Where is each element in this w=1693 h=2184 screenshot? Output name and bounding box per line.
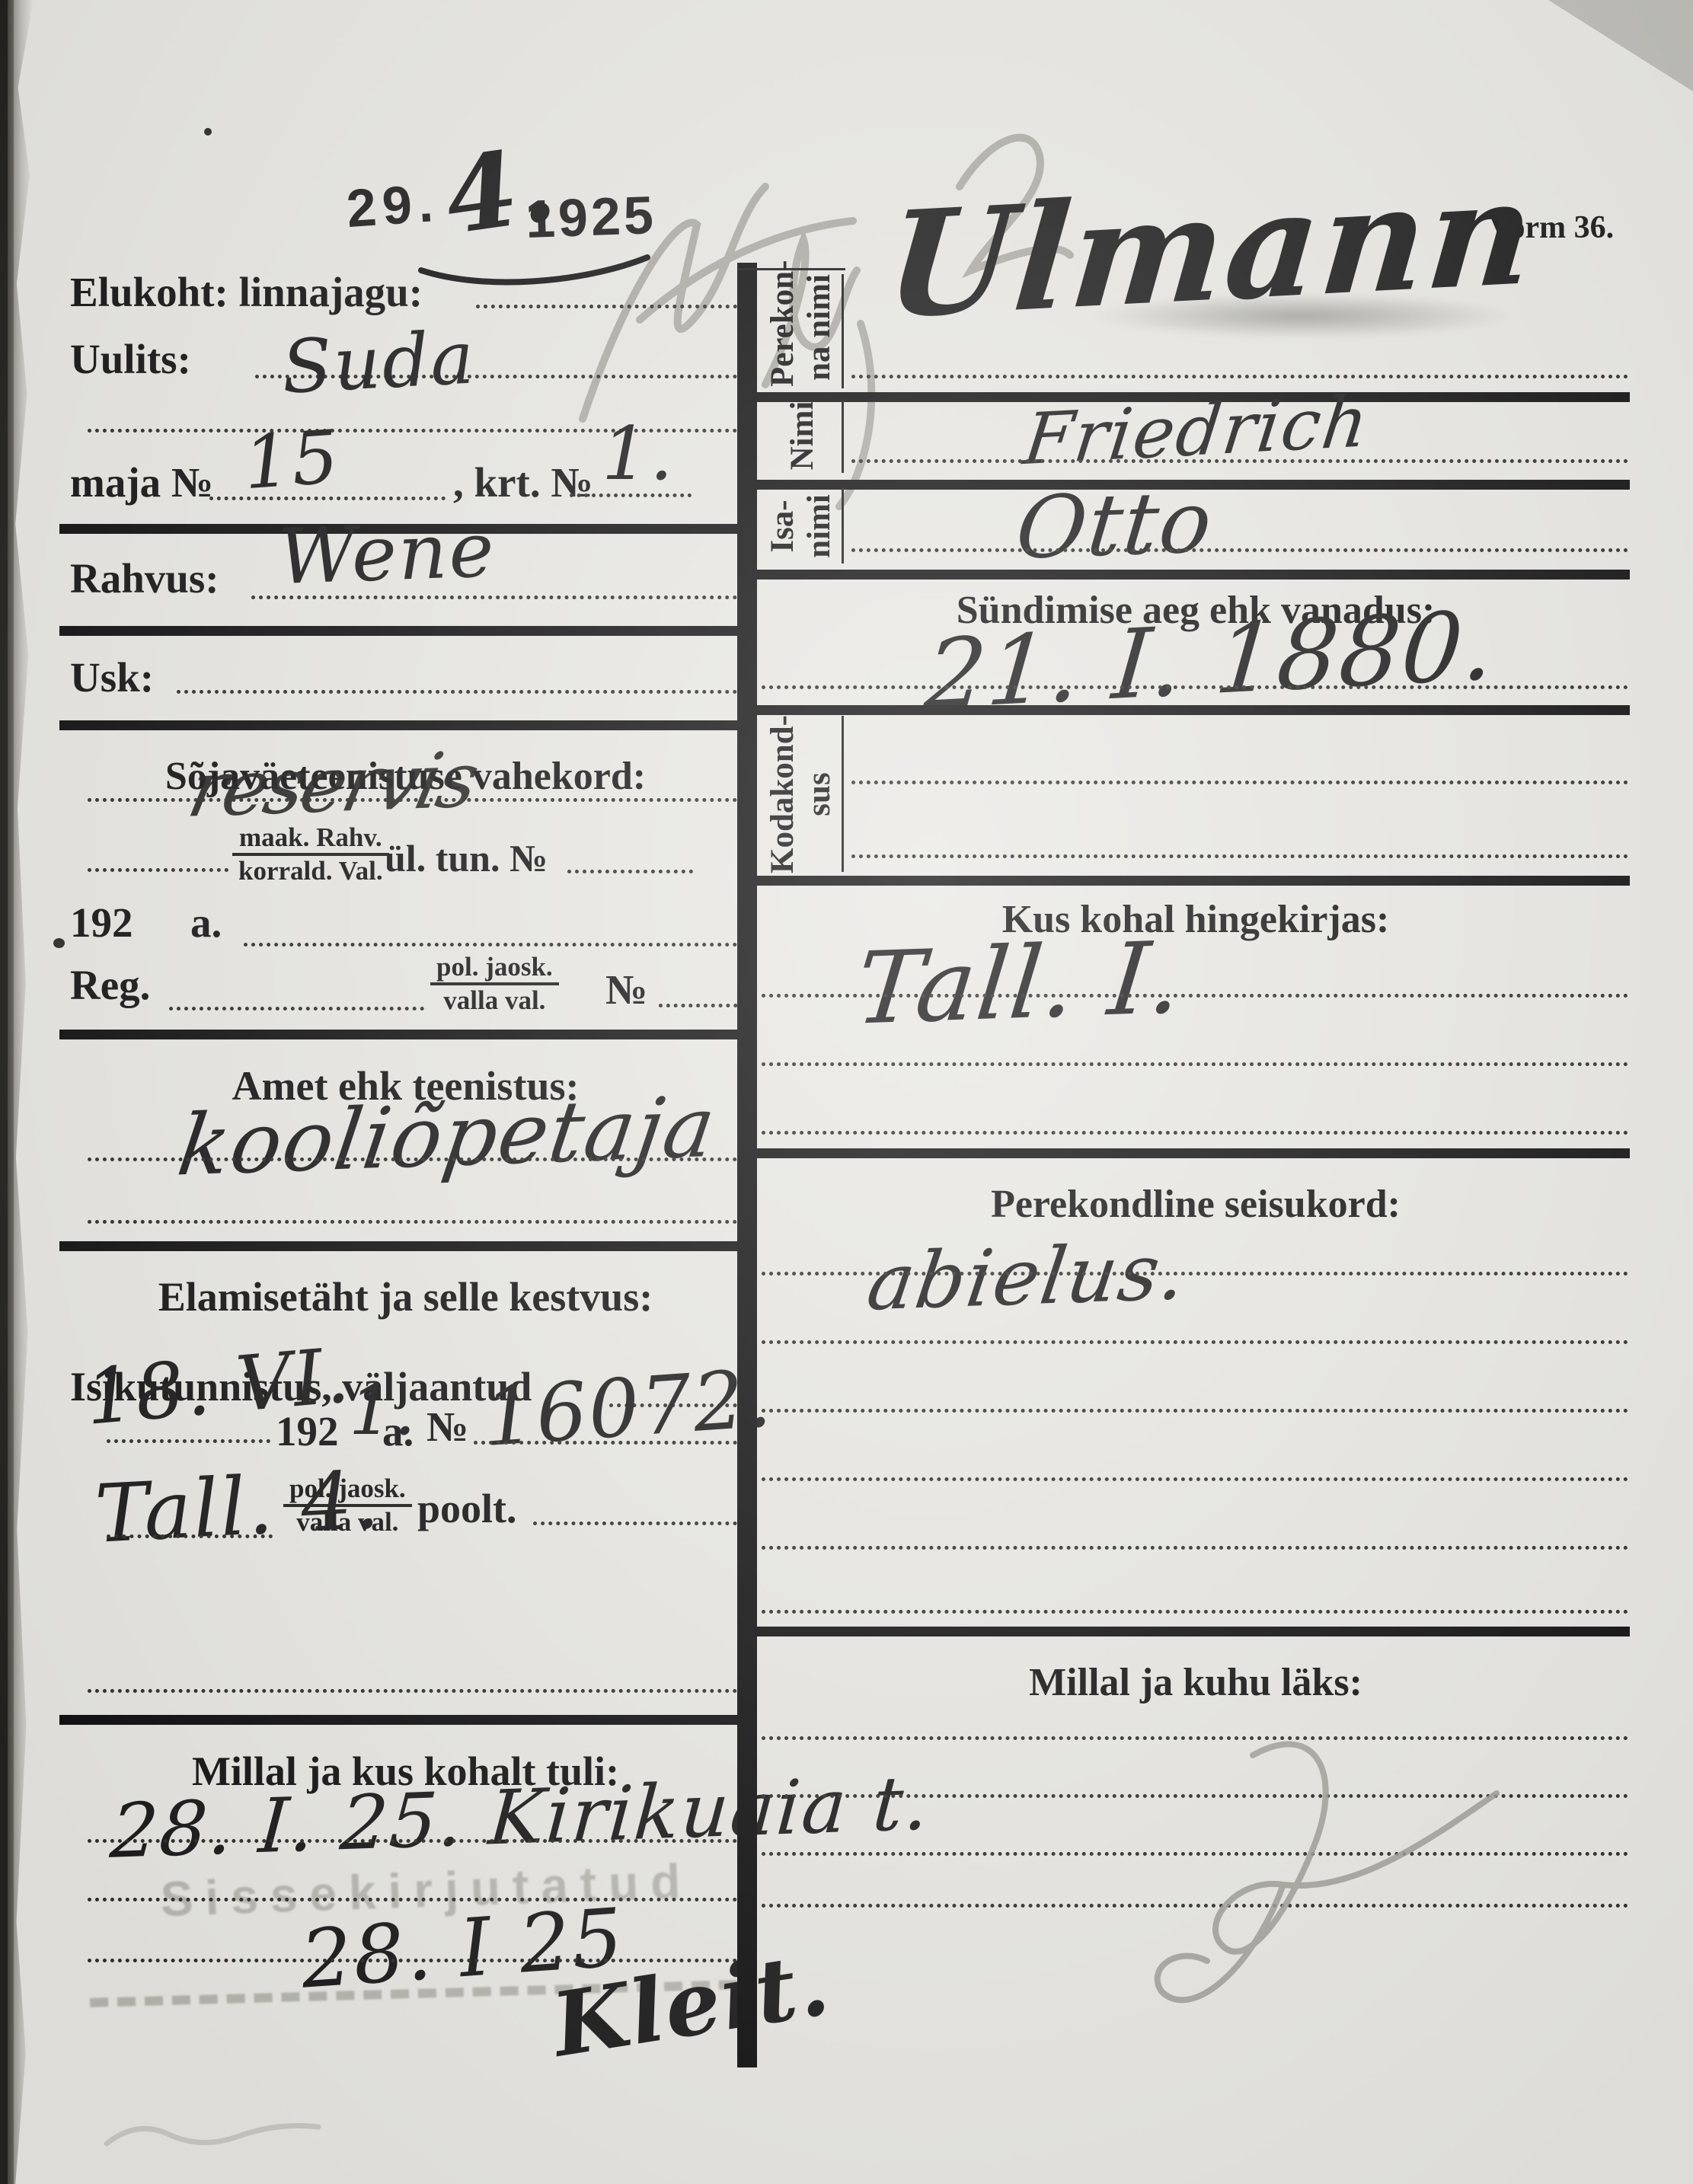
- perekonnanimi-value: Ulmann: [880, 146, 1542, 351]
- krt-value: 1.: [602, 411, 675, 497]
- rahvus-value: Wene: [276, 505, 497, 602]
- section-rule: [59, 720, 756, 730]
- label-cell-rule: [842, 274, 844, 388]
- dotted-line: [169, 1007, 424, 1011]
- perekonnanimi-label-line1: Perekon-: [765, 268, 801, 387]
- pencil-scribble-bottom-left: [99, 2102, 343, 2170]
- dotted-line: [177, 690, 752, 694]
- pol-jaosk-bottom: valla val.: [283, 1507, 412, 1537]
- kodakondsus-label: Kodakond- sus: [765, 714, 838, 874]
- dotted-line: [762, 1477, 1628, 1481]
- dotted-line: [762, 1272, 1628, 1276]
- dotted-line: [88, 1898, 752, 1901]
- pol-jaosk-top: pol. jaosk.: [430, 952, 559, 985]
- date-stamp-day: 29.: [344, 172, 441, 239]
- section-rule: [737, 1627, 1630, 1636]
- dotted-line: [88, 1220, 752, 1224]
- perekondline-value: abielus.: [862, 1226, 1193, 1328]
- isik-a-label: a.: [382, 1407, 414, 1455]
- laks-header: Millal ja kuhu läks:: [784, 1660, 1607, 1705]
- dotted-line: [107, 1534, 273, 1538]
- year-a-label: a.: [190, 899, 222, 947]
- isik-no-value: 16072.: [481, 1352, 775, 1464]
- dotted-line: [88, 798, 752, 802]
- dotted-line: [762, 994, 1628, 998]
- section-rule: [737, 705, 1630, 715]
- uulits-value: Suda: [280, 315, 478, 410]
- maak-rahv-bottom: korrald. Val.: [232, 856, 389, 886]
- krt-label: , krt. №: [453, 458, 593, 506]
- section-rule: [59, 1241, 756, 1251]
- isik-year-prefix: 192: [276, 1407, 339, 1455]
- dotted-line: [88, 1839, 752, 1843]
- isik-pol-jaosk-fraction: pol. jaosk. valla val.: [283, 1474, 412, 1537]
- section-rule: [737, 876, 1630, 886]
- pol-jaosk-top: pol. jaosk.: [283, 1474, 412, 1507]
- maja-value: 15: [241, 414, 343, 506]
- hingekirjas-value: Tall. I.: [851, 919, 1189, 1047]
- uulits-label: Uulits:: [70, 335, 191, 383]
- dotted-line: [533, 1521, 752, 1525]
- year-prefix: 192: [70, 899, 133, 947]
- dotted-line: [570, 493, 692, 497]
- dotted-line: [567, 870, 693, 873]
- registration-form-page: Vorm 36. 29. 1925 4. Elukoht: linnajagu:…: [0, 0, 1693, 2184]
- dotted-line: [474, 1441, 752, 1445]
- maak-rahv-fraction: maak. Rahv. korrald. Val.: [232, 822, 389, 886]
- dotted-line: [762, 1409, 1628, 1413]
- dotted-line: [88, 1689, 752, 1693]
- dotted-line: [762, 1131, 1628, 1135]
- isik-no-label: №: [426, 1403, 468, 1451]
- dotted-line: [88, 1157, 752, 1161]
- pol-jaosk-bottom: valla val.: [430, 985, 559, 1016]
- dotted-line: [209, 497, 446, 500]
- dotted-line: [762, 685, 1628, 689]
- pencil-scribble-laks: [990, 1721, 1538, 2041]
- amet-value: kooliõpetaja: [172, 1078, 722, 1194]
- rahvus-label: Rahvus:: [70, 554, 219, 602]
- section-rule: [59, 1715, 756, 1725]
- label-cell-rule: [842, 401, 844, 473]
- maak-rahv-top: maak. Rahv.: [232, 822, 389, 856]
- nimi-label-text: Nimi: [784, 398, 821, 474]
- dotted-line: [251, 595, 752, 599]
- dotted-line: [851, 459, 1628, 463]
- section-rule: [59, 1030, 756, 1039]
- label-cell-rule: [842, 487, 844, 564]
- perekonnanimi-label-line2: na nimi: [801, 268, 838, 387]
- dotted-line: [88, 868, 228, 872]
- section-rule: [737, 570, 1630, 580]
- page-corner-cut: [1548, 0, 1693, 91]
- sojavae-value: reservis: [181, 735, 484, 835]
- kodakondsus-label-line1: Kodakond-: [765, 714, 801, 874]
- usk-label: Usk:: [70, 653, 154, 701]
- section-rule: [737, 1148, 1630, 1158]
- dotted-line: [107, 1439, 270, 1443]
- pol-jaosk-fraction: pol. jaosk. valla val.: [430, 952, 559, 1016]
- isanimi-label: Isa- nimi: [765, 487, 838, 565]
- isanimi-label-line2: nimi: [801, 487, 838, 565]
- paper-speck: [204, 128, 212, 136]
- dotted-line: [244, 943, 752, 947]
- isanimi-label-line1: Isa-: [765, 487, 801, 565]
- nimi-value: Friedrich: [1020, 381, 1374, 481]
- maja-label: maja №: [70, 458, 213, 506]
- paper-speck: [53, 938, 65, 948]
- page-torn-edge-detail: [8, 0, 34, 2184]
- elamisetaht-header: Elamisetäht ja selle kestvus:: [61, 1273, 750, 1320]
- kodakondsus-label-line2: sus: [801, 714, 838, 874]
- perekondline-header: Perekondline seisukord:: [784, 1182, 1607, 1227]
- perekonnanimi-label: Perekon- na nimi: [765, 268, 838, 387]
- ul-tun-label: ül. tun. №: [385, 836, 548, 880]
- dotted-line: [851, 548, 1628, 552]
- dotted-line: [762, 1546, 1628, 1550]
- dotted-line: [851, 375, 1628, 378]
- dotted-line: [851, 781, 1628, 784]
- isanimi-value: Otto: [1011, 472, 1218, 579]
- dotted-line: [476, 305, 752, 308]
- elukoht-label: Elukoht: linnajagu:: [70, 268, 423, 316]
- column-divider-bar: [737, 263, 757, 2067]
- reg-no-label: №: [605, 966, 647, 1014]
- dotted-line: [851, 854, 1628, 858]
- section-rule: [59, 626, 756, 636]
- nimi-label: Nimi: [784, 398, 821, 474]
- poolt-label: poolt.: [417, 1485, 517, 1532]
- label-cell-rule: [842, 716, 844, 872]
- dotted-line: [762, 1340, 1628, 1344]
- dotted-line: [762, 1610, 1628, 1614]
- reg-label: Reg.: [70, 961, 150, 1009]
- dotted-line: [762, 1062, 1628, 1066]
